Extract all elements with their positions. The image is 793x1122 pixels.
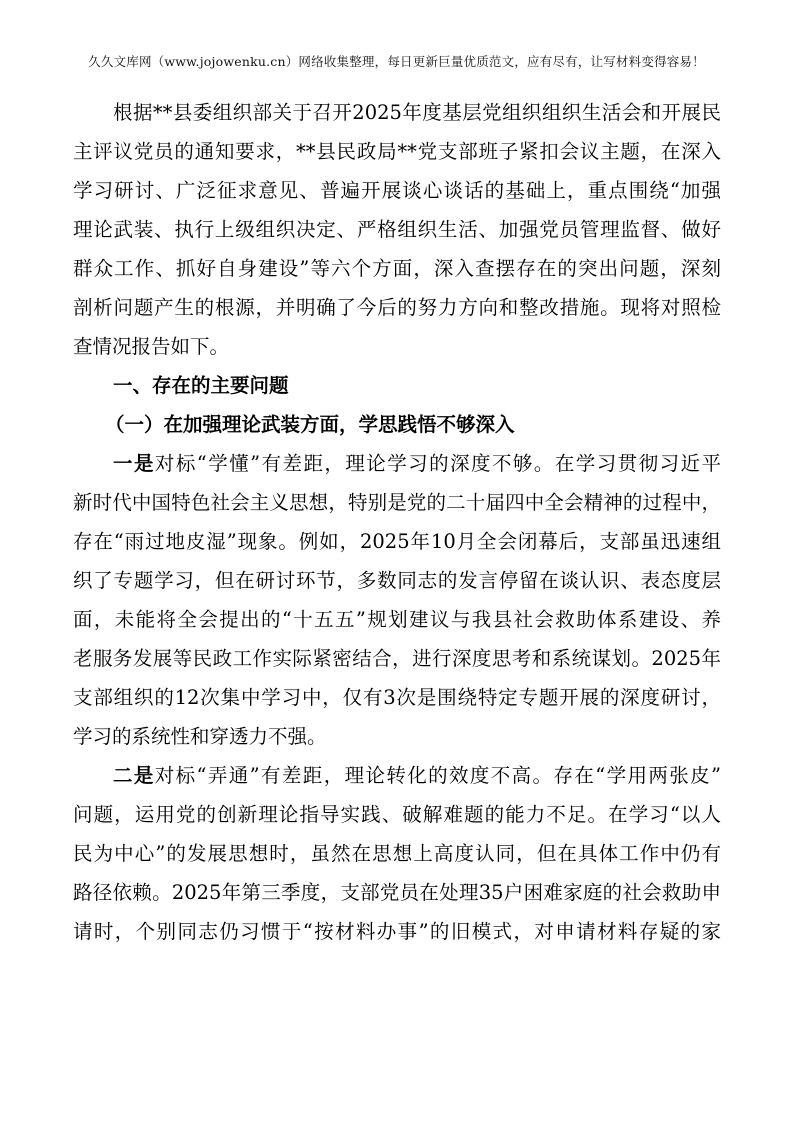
intro-line: 理论武装、执行上级组织决定、严格组织生活、加强党员管理监督、做好 xyxy=(73,215,721,254)
point-1-line: 老服务发展等民政工作实际紧密结合，进行深度思考和系统谋划。2025年 xyxy=(73,644,721,683)
point-1-line: 新时代中国特色社会主义思想，特别是党的二十届四中全会精神的过程中， xyxy=(73,488,721,527)
intro-line: 查情况报告如下。 xyxy=(73,332,721,371)
point-1-line: 存在“雨过地皮湿”现象。例如，2025年10月全会闭幕后，支部虽迅速组 xyxy=(73,527,721,566)
point-2-lead: 二是 xyxy=(113,764,155,787)
point-2-line: 民为中心”的发展思想时，虽然在思想上高度认同，但在具体工作中仍有 xyxy=(73,839,721,878)
intro-line: 剖析问题产生的根源，并明确了今后的努力方向和整改措施。现将对照检 xyxy=(73,293,721,332)
point-2-text: 对标“弄通”有差距，理论转化的效度不高。存在“学用两张皮” xyxy=(155,764,721,787)
point-1-line: 面，未能将全会提出的“十五五”规划建议与我县社会救助体系建设、养 xyxy=(73,605,721,644)
point-2-first-line: 二是对标“弄通”有差距，理论转化的效度不高。存在“学用两张皮” xyxy=(73,761,721,800)
point-1-line: 学习的系统性和穿透力不强。 xyxy=(73,722,721,761)
point-2-line: 路径依赖。2025年第三季度，支部党员在处理35户困难家庭的社会救助申 xyxy=(73,878,721,917)
intro-line: 群众工作、抓好自身建设”等六个方面，深入查摆存在的突出问题，深刻 xyxy=(73,254,721,293)
point-1-line: 支部组织的12次集中学习中，仅有3次是围绕特定专题开展的深度研讨， xyxy=(73,683,721,722)
point-1-line: 织了专题学习，但在研讨环节，多数同志的发言停留在谈认识、表态度层 xyxy=(73,566,721,605)
point-1-text: 对标“学懂”有差距，理论学习的深度不够。在学习贯彻习近平 xyxy=(155,452,721,475)
point-2-line: 问题，运用党的创新理论指导实践、破解难题的能力不足。在学习“以人 xyxy=(73,800,721,839)
intro-line: 根据**县委组织部关于召开2025年度基层党组织组织生活会和开展民 xyxy=(73,98,721,137)
document-body: 根据**县委组织部关于召开2025年度基层党组织组织生活会和开展民 主评议党员的… xyxy=(73,98,721,956)
intro-line: 学习研讨、广泛征求意见、普遍开展谈心谈话的基础上，重点围绕“加强 xyxy=(73,176,721,215)
intro-line: 主评议党员的通知要求，**县民政局**党支部班子紧扣会议主题，在深入 xyxy=(73,137,721,176)
point-1-lead: 一是 xyxy=(113,452,155,475)
point-1-first-line: 一是对标“学懂”有差距，理论学习的深度不够。在学习贯彻习近平 xyxy=(73,449,721,488)
watermark-header: 久久文库网（www.jojowenku.cn）网络收集整理，每日更新巨量优质范文… xyxy=(0,52,793,70)
subsection-heading: （一）在加强理论武装方面，学思践悟不够深入 xyxy=(73,410,721,449)
point-2-line: 请时，个别同志仍习惯于“按材料办事”的旧模式，对申请材料存疑的家 xyxy=(73,917,721,956)
section-heading: 一、存在的主要问题 xyxy=(73,371,721,410)
